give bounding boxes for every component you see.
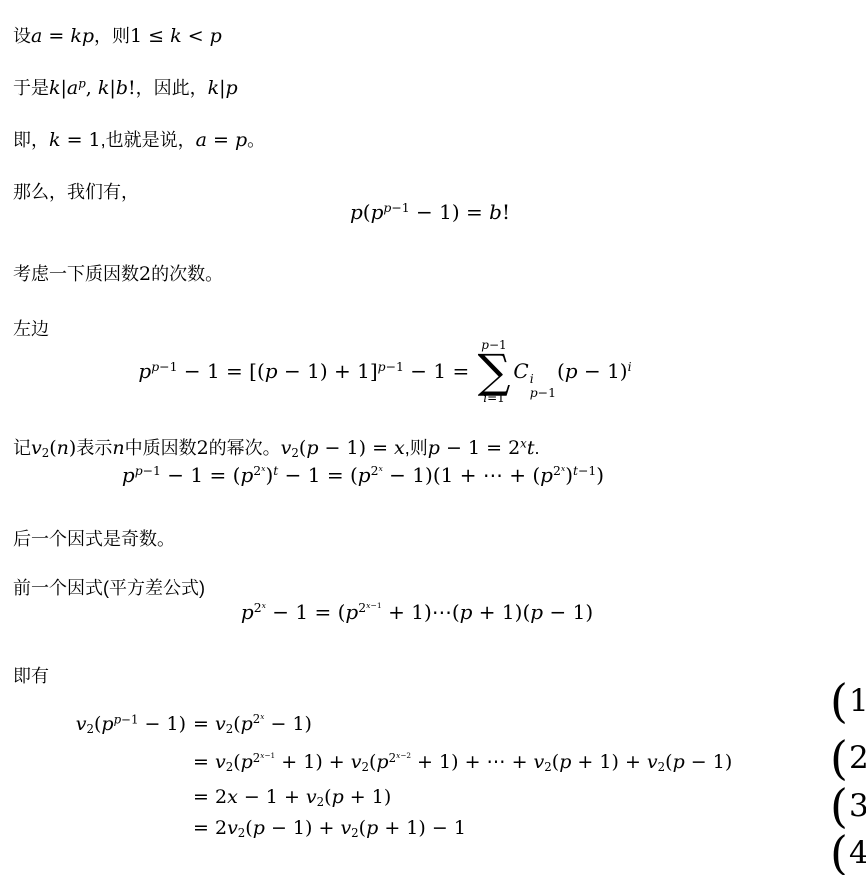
text-run: 表示 bbox=[76, 438, 112, 458]
math-formula: pp−1 − 1 = [(p − 1) + 1]p−1 − 1 = p−1∑i=… bbox=[138, 339, 631, 406]
text-run: 的幂次。 bbox=[209, 438, 281, 458]
paragraph-consider-prime-2: 考虑一下质因数2的次数。 bbox=[13, 261, 223, 288]
text-run: 于是 bbox=[13, 78, 49, 98]
paragraph-k-equals-1: 即，k = 1,也就是说，a = p。 bbox=[13, 127, 265, 154]
paragraph-divisibility: 于是k|ap, k|b!，因此，k|p bbox=[13, 75, 238, 102]
equation-tag-2: (2) bbox=[830, 735, 866, 781]
text-run: 。 bbox=[247, 130, 265, 150]
paragraph-former-factor: 前一个因式(平方差公式) bbox=[13, 575, 205, 602]
aligned-row-3: = 2x − 1 + v2(p + 1) bbox=[193, 781, 732, 812]
math-formula: = v2(p2x−1 + 1) + v2(p2x−2 + 1) + ⋯ + v2… bbox=[193, 751, 732, 773]
inline-math: n bbox=[112, 437, 124, 459]
aligned-row-1: = v2(p2x − 1) bbox=[193, 704, 732, 743]
inline-math: 2 bbox=[139, 263, 151, 285]
inline-math: a = kp bbox=[31, 25, 94, 47]
aligned-row-4: = 2v2(p − 1) + v2(p + 1) − 1 bbox=[193, 812, 732, 843]
text-run: 中质因数 bbox=[125, 438, 197, 458]
aligned-equation-block: v2(pp−1 − 1) = v2(p2x − 1) = v2(p2x−1 + … bbox=[64, 704, 732, 843]
paragraph-thus-we-have: 即有 bbox=[13, 663, 49, 690]
text-run: 即， bbox=[13, 130, 49, 150]
equation-tag-1: (1) bbox=[830, 678, 866, 724]
math-formula: p(pp−1 − 1) = b! bbox=[350, 200, 510, 224]
text-run: ，因此， bbox=[136, 78, 208, 98]
display-equation-p-b-factorial: p(pp−1 − 1) = b! bbox=[0, 200, 866, 224]
aligned-row-2: = v2(p2x−1 + 1) + v2(p2x−2 + 1) + ⋯ + v2… bbox=[193, 743, 732, 781]
paragraph-latter-factor-odd: 后一个因式是奇数。 bbox=[13, 526, 175, 553]
inline-math: v2(p − 1) = x bbox=[281, 437, 405, 459]
inline-math: k|ap, k|b! bbox=[49, 77, 136, 99]
text-run: ,也就是说， bbox=[101, 130, 196, 150]
summation-sigma: p−1∑i=1 bbox=[478, 339, 511, 406]
text-run: 考虑一下质因数 bbox=[13, 264, 139, 284]
math-formula: p2x − 1 = (p2x−1 + 1)⋯(p + 1)(p − 1) bbox=[241, 600, 593, 624]
math-formula: pp−1 − 1 = (p2x)t − 1 = (p2x − 1)(1 + ⋯ … bbox=[122, 463, 604, 487]
inline-math: 1 ≤ k < p bbox=[130, 25, 222, 47]
math-formula: = 2x − 1 + v2(p + 1) bbox=[193, 786, 391, 808]
text-run: 后一个因式是奇数。 bbox=[13, 529, 175, 549]
tag-open-paren: ( bbox=[830, 735, 848, 781]
text-run: 设 bbox=[13, 26, 31, 46]
display-equation-binomial-sum: pp−1 − 1 = [(p − 1) + 1]p−1 − 1 = p−1∑i=… bbox=[0, 332, 866, 412]
tag-open-paren: ( bbox=[830, 678, 848, 724]
display-equation-difference-of-squares: p2x − 1 = (p2x−1 + 1)⋯(p + 1)(p − 1) bbox=[0, 600, 866, 624]
inline-math: k|p bbox=[208, 77, 238, 99]
tag-open-paren: ( bbox=[830, 783, 848, 829]
math-formula: = 2v2(p − 1) + v2(p + 1) − 1 bbox=[193, 817, 466, 839]
paragraph-assume-a-kp: 设a = kp，则1 ≤ k < p bbox=[13, 23, 222, 50]
math-formula: v2(pp−1 − 1) bbox=[76, 713, 186, 735]
text-run: 前一个因式(平方差公式) bbox=[13, 578, 205, 598]
text-run: 记 bbox=[13, 438, 31, 458]
stacked-supsub: ip−1 bbox=[530, 372, 556, 399]
tag-number: 3 bbox=[849, 791, 866, 822]
text-run: ，则 bbox=[94, 26, 130, 46]
tag-number: 2 bbox=[849, 743, 866, 774]
inline-math: k = 1 bbox=[49, 129, 101, 151]
text-run: 即有 bbox=[13, 666, 49, 686]
tag-open-paren: ( bbox=[830, 830, 848, 875]
math-solution-document: 设a = kp，则1 ≤ k < p 于是k|ap, k|b!，因此，k|p 即… bbox=[0, 0, 866, 875]
tag-number: 4 bbox=[849, 838, 866, 869]
paragraph-define-v2: 记v2(n)表示n中质因数2的幂次。v2(p − 1) = x,则p − 1 =… bbox=[13, 435, 539, 462]
text-run: 那么，我们有， bbox=[13, 182, 139, 202]
text-run: . bbox=[534, 438, 539, 458]
inline-math: a = p bbox=[196, 129, 248, 151]
aligned-lhs: v2(pp−1 − 1) bbox=[64, 704, 186, 743]
math-formula: = v2(p2x − 1) bbox=[193, 713, 312, 735]
inline-math: v2(n) bbox=[31, 437, 76, 459]
inline-math: 2 bbox=[197, 437, 209, 459]
equation-tag-3: (3) bbox=[830, 783, 866, 829]
text-run: 的次数。 bbox=[151, 264, 223, 284]
tag-number: 1 bbox=[849, 686, 866, 717]
display-equation-factorization: pp−1 − 1 = (p2x)t − 1 = (p2x − 1)(1 + ⋯ … bbox=[0, 463, 866, 487]
equation-tag-4: (4) bbox=[830, 830, 866, 875]
text-run: ,则 bbox=[405, 438, 428, 458]
inline-math: p − 1 = 2xt bbox=[428, 437, 535, 459]
